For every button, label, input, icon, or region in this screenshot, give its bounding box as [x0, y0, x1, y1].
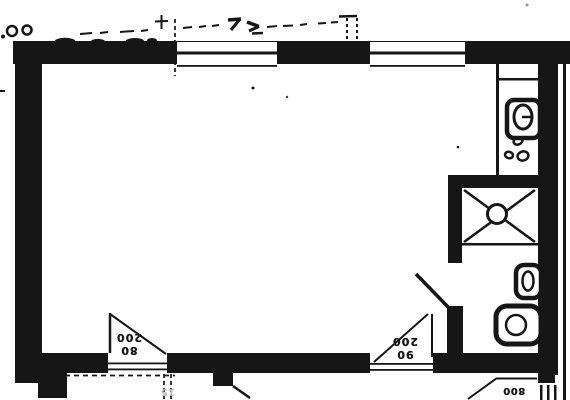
bathroom-wall-stub: [447, 306, 463, 353]
wall-left: [15, 41, 42, 383]
scan-bump-1: [55, 38, 75, 44]
annex-dimension-label: 800: [495, 382, 533, 396]
dim-dash-b1: [183, 27, 192, 28]
door-left-dimension-label: 80 200: [103, 329, 155, 357]
shower-wall-top: [448, 175, 558, 188]
window-2: [370, 42, 465, 67]
speck-edge-dash: [0, 90, 5, 92]
door-left-height-value: 200: [103, 331, 155, 344]
dim-dash-c1: [267, 26, 277, 27]
dim-dash-b3: [212, 25, 219, 26]
bidet-icon: [496, 306, 541, 344]
window-1: [177, 42, 277, 67]
speck-1: [252, 87, 255, 90]
floor-plan-canvas: 80 200 90 200 800 15: [0, 0, 570, 400]
burner-oval-2: [504, 151, 513, 159]
door-right-threshold-line-2: [370, 369, 433, 371]
toilet-icon: [516, 265, 541, 298]
scan-noise: [0, 4, 529, 149]
door-left-threshold-line-2: [108, 369, 167, 371]
wall-stub-below-right: [538, 373, 555, 383]
annex-below: [233, 378, 537, 399]
window-1-glass-line: [177, 52, 277, 55]
dim-dash-b2: [199, 26, 206, 27]
annex-door-swing-right: [468, 378, 497, 399]
window-2-glass-line: [370, 52, 465, 55]
floor-plan-drawing: [0, 0, 570, 400]
scan-bump-4: [147, 38, 157, 43]
speck-2: [457, 146, 460, 149]
wall-stub-below-middle: [213, 372, 233, 386]
burner-oval-3: [517, 150, 530, 162]
annex-dimension-value: 800: [503, 385, 525, 396]
dim-dash-c5: [331, 22, 338, 23]
door-right-threshold-line-1: [370, 363, 433, 365]
scan-bump-3: [126, 38, 144, 44]
wall-corner-bottom-left: [15, 353, 67, 382]
wall-stub-below-left: [38, 378, 67, 398]
speck-3: [286, 96, 288, 98]
door-left-threshold-line-1: [108, 363, 167, 365]
door-left-width-value: 80: [103, 344, 155, 357]
dim-dash-a4: [141, 30, 148, 31]
window-1-sill-line: [177, 65, 277, 67]
dim-dash-a3: [120, 31, 134, 32]
kitchenette-counter-line: [499, 78, 538, 81]
dim-dash-a1: [80, 33, 92, 34]
shower-drain-icon: [488, 205, 507, 224]
outer-walls: [13, 38, 570, 400]
door-right-height-value: 200: [381, 335, 429, 348]
shower-wall-left: [448, 175, 462, 263]
corner-mark-circle-1: [7, 26, 17, 36]
shower-tray-bottom-line: [462, 243, 538, 246]
kitchenette: [496, 64, 540, 175]
corner-mark-dot: [1, 35, 5, 39]
speck-4: [526, 4, 529, 7]
wall-hatch-line-2: [547, 385, 550, 400]
smudged-digit-stroke-4: [249, 27, 259, 32]
dim-dash-c3: [300, 24, 307, 25]
door-right-width-value: 90: [381, 348, 429, 361]
dim-dash-c2: [283, 26, 293, 27]
kitchenette-partition-wall: [496, 64, 499, 175]
wc-fixtures: [496, 265, 541, 344]
faint-mark-value: 15: [161, 386, 175, 397]
wall-right-outer-face-line: [563, 63, 566, 400]
annex-door-swing-middle: [233, 386, 250, 398]
window-2-sill-line: [370, 65, 465, 67]
wall-bottom-segment-3: [433, 353, 558, 373]
dim-dash-c4: [318, 23, 326, 24]
wall-bottom-segment-2: [167, 353, 370, 373]
scan-bump-2: [91, 39, 105, 44]
faint-bleedthrough-mark: 15: [153, 384, 183, 397]
door-right-dimension-label: 90 200: [381, 333, 429, 361]
wall-top: [13, 41, 570, 64]
dim-bracket-top: [339, 16, 357, 17]
wall-hatch-line-3: [554, 385, 557, 400]
dim-dash-a2: [100, 32, 108, 33]
wall-hatch-line-1: [540, 385, 543, 400]
smudged-digit-underline: [252, 33, 263, 34]
bathroom-door-leaf: [416, 274, 450, 309]
corner-mark-circle-2: [23, 26, 32, 35]
